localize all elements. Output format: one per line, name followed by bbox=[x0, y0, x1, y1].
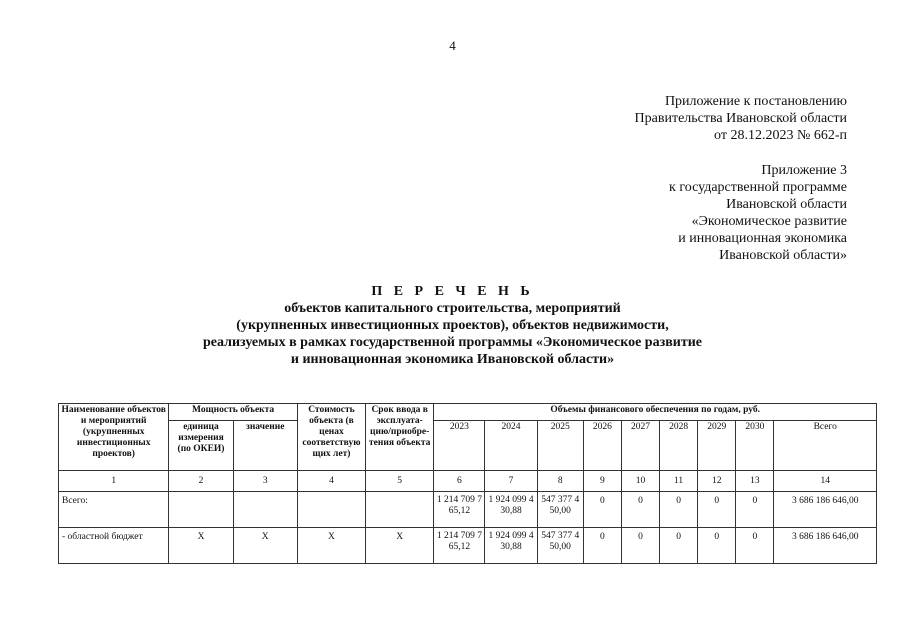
appendix-program-line: Ивановской области bbox=[669, 196, 847, 213]
column-number: 6 bbox=[434, 471, 485, 492]
row-cost: X bbox=[297, 528, 365, 564]
column-number: 7 bbox=[485, 471, 537, 492]
column-number: 9 bbox=[583, 471, 621, 492]
header-total: Всего bbox=[774, 421, 877, 471]
row-2028: 0 bbox=[660, 528, 698, 564]
row-name: - областной бюджет bbox=[59, 528, 169, 564]
row-total: 3 686 186 646,00 bbox=[774, 528, 877, 564]
row-2027: 0 bbox=[621, 528, 659, 564]
column-number: 14 bbox=[774, 471, 877, 492]
title-line: реализуемых в рамках государственной про… bbox=[0, 334, 905, 351]
header-year-2027: 2027 bbox=[621, 421, 659, 471]
row-unit: X bbox=[169, 528, 233, 564]
title-line: и инновационная экономика Ивановской обл… bbox=[0, 351, 905, 368]
financing-table: Наименование объектов и мероприятий (укр… bbox=[58, 403, 877, 564]
row-cost bbox=[297, 492, 365, 528]
appendix-program-line: и инновационная экономика bbox=[669, 230, 847, 247]
row-2023: 1 214 709 7 65,12 bbox=[434, 528, 485, 564]
row-2025: 547 377 4 50,00 bbox=[537, 528, 583, 564]
row-commission bbox=[366, 492, 434, 528]
column-number: 1 bbox=[59, 471, 169, 492]
row-value bbox=[233, 492, 297, 528]
header-year-2024: 2024 bbox=[485, 421, 537, 471]
header-name: Наименование объектов и мероприятий (укр… bbox=[59, 404, 169, 471]
appendix-program-line: «Экономическое развитие bbox=[669, 213, 847, 230]
header-row-1: Наименование объектов и мероприятий (укр… bbox=[59, 404, 877, 421]
header-funding: Объемы финансового обеспечения по годам,… bbox=[434, 404, 877, 421]
column-number: 5 bbox=[366, 471, 434, 492]
appendix-resolution-line: Приложение к постановлению bbox=[635, 93, 847, 110]
table-row-total: Всего: 1 214 709 7 65,12 1 924 099 4 30,… bbox=[59, 492, 877, 528]
title-line: объектов капитального строительства, мер… bbox=[0, 300, 905, 317]
document-title: П Е Р Е Ч Е Н Ь объектов капитального ст… bbox=[0, 283, 905, 368]
row-2029: 0 bbox=[698, 492, 736, 528]
header-year-2029: 2029 bbox=[698, 421, 736, 471]
header-capacity: Мощность объекта bbox=[169, 404, 297, 421]
header-year-2026: 2026 bbox=[583, 421, 621, 471]
appendix-resolution-line: Правительства Ивановской области bbox=[635, 110, 847, 127]
column-number: 3 bbox=[233, 471, 297, 492]
header-cost: Стоимость объекта (в ценах соответствую … bbox=[297, 404, 365, 471]
row-2025: 547 377 4 50,00 bbox=[537, 492, 583, 528]
appendix-program-line: Приложение 3 bbox=[669, 162, 847, 179]
header-year-2028: 2028 bbox=[660, 421, 698, 471]
row-2024: 1 924 099 4 30,88 bbox=[485, 492, 537, 528]
column-number: 11 bbox=[660, 471, 698, 492]
row-2023: 1 214 709 7 65,12 bbox=[434, 492, 485, 528]
row-name: Всего: bbox=[59, 492, 169, 528]
column-number: 8 bbox=[537, 471, 583, 492]
column-number: 2 bbox=[169, 471, 233, 492]
row-2030: 0 bbox=[736, 492, 774, 528]
row-unit bbox=[169, 492, 233, 528]
row-2029: 0 bbox=[698, 528, 736, 564]
header-value: значение bbox=[233, 421, 297, 471]
column-numbers-row: 1 2 3 4 5 6 7 8 9 10 11 12 13 14 bbox=[59, 471, 877, 492]
title-line: (укрупненных инвестиционных проектов), о… bbox=[0, 317, 905, 334]
row-2026: 0 bbox=[583, 492, 621, 528]
row-total: 3 686 186 646,00 bbox=[774, 492, 877, 528]
header-year-2023: 2023 bbox=[434, 421, 485, 471]
appendix-program-line: к государственной программе bbox=[669, 179, 847, 196]
row-commission: X bbox=[366, 528, 434, 564]
header-commission: Срок ввода в эксплуата-цию/приобре-тения… bbox=[366, 404, 434, 471]
appendix-program-line: Ивановской области» bbox=[669, 247, 847, 264]
row-2027: 0 bbox=[621, 492, 659, 528]
row-2030: 0 bbox=[736, 528, 774, 564]
row-2024: 1 924 099 4 30,88 bbox=[485, 528, 537, 564]
header-year-2030: 2030 bbox=[736, 421, 774, 471]
title-main: П Е Р Е Ч Е Н Ь bbox=[0, 283, 905, 300]
table-row-regional-budget: - областной бюджет X X X X 1 214 709 7 6… bbox=[59, 528, 877, 564]
page-number: 4 bbox=[0, 38, 905, 54]
column-number: 12 bbox=[698, 471, 736, 492]
row-value: X bbox=[233, 528, 297, 564]
row-2026: 0 bbox=[583, 528, 621, 564]
appendix-resolution-block: Приложение к постановлению Правительства… bbox=[635, 93, 847, 144]
header-unit: единица измерения (по ОКЕИ) bbox=[169, 421, 233, 471]
column-number: 13 bbox=[736, 471, 774, 492]
row-2028: 0 bbox=[660, 492, 698, 528]
header-row-2: единица измерения (по ОКЕИ) значение 202… bbox=[59, 421, 877, 471]
column-number: 10 bbox=[621, 471, 659, 492]
header-year-2025: 2025 bbox=[537, 421, 583, 471]
appendix-resolution-line: от 28.12.2023 № 662-п bbox=[635, 127, 847, 144]
appendix-program-block: Приложение 3 к государственной программе… bbox=[669, 162, 847, 264]
column-number: 4 bbox=[297, 471, 365, 492]
